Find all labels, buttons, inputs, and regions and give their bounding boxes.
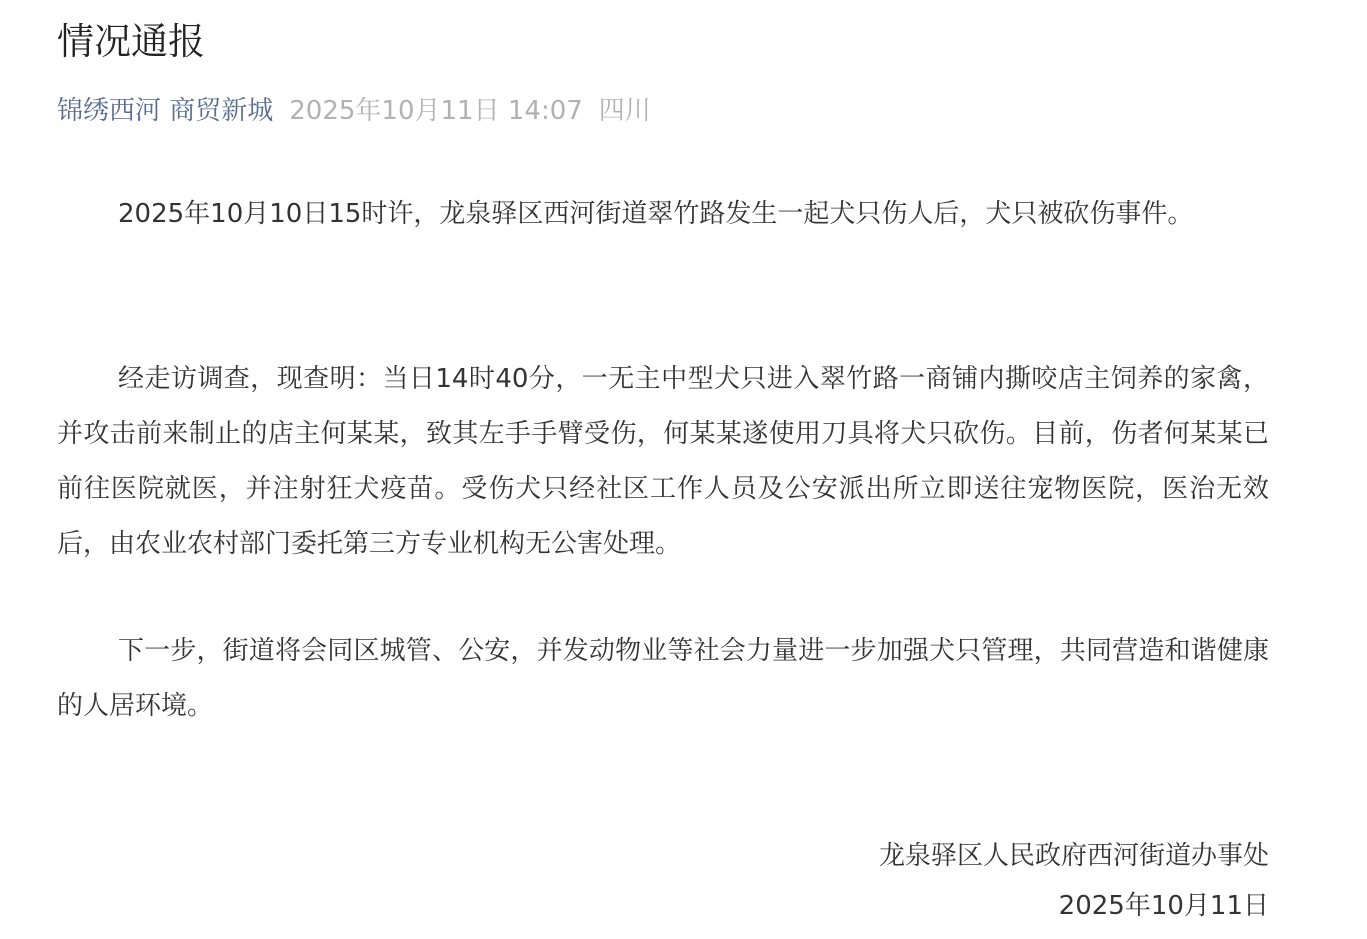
article-meta: 锦绣西河 商贸新城2025年10月11日 14:07四川	[57, 93, 651, 129]
paragraph-next-steps: 下一步，街道将会同区城管、公安，并发动物业等社会力量进一步加强犬只管理，共同营造…	[57, 624, 1269, 734]
publish-location: 四川	[599, 96, 651, 126]
signature-organization: 龙泉驿区人民政府西河街道办事处	[879, 831, 1269, 881]
signature-block: 龙泉驿区人民政府西河街道办事处 2025年10月11日	[879, 831, 1269, 931]
signature-date: 2025年10月11日	[879, 881, 1269, 931]
paragraph-incident-summary: 2025年10月10日15时许，龙泉驿区西河街道翠竹路发生一起犬只伤人后，犬只被…	[57, 187, 1269, 242]
paragraph-investigation: 经走访调查，现查明：当日14时40分，一无主中型犬只进入翠竹路一商铺内撕咬店主饲…	[57, 352, 1269, 572]
account-name-link[interactable]: 锦绣西河 商贸新城	[57, 96, 273, 126]
article-title: 情况通报	[57, 18, 205, 66]
publish-datetime: 2025年10月11日 14:07	[289, 96, 583, 126]
